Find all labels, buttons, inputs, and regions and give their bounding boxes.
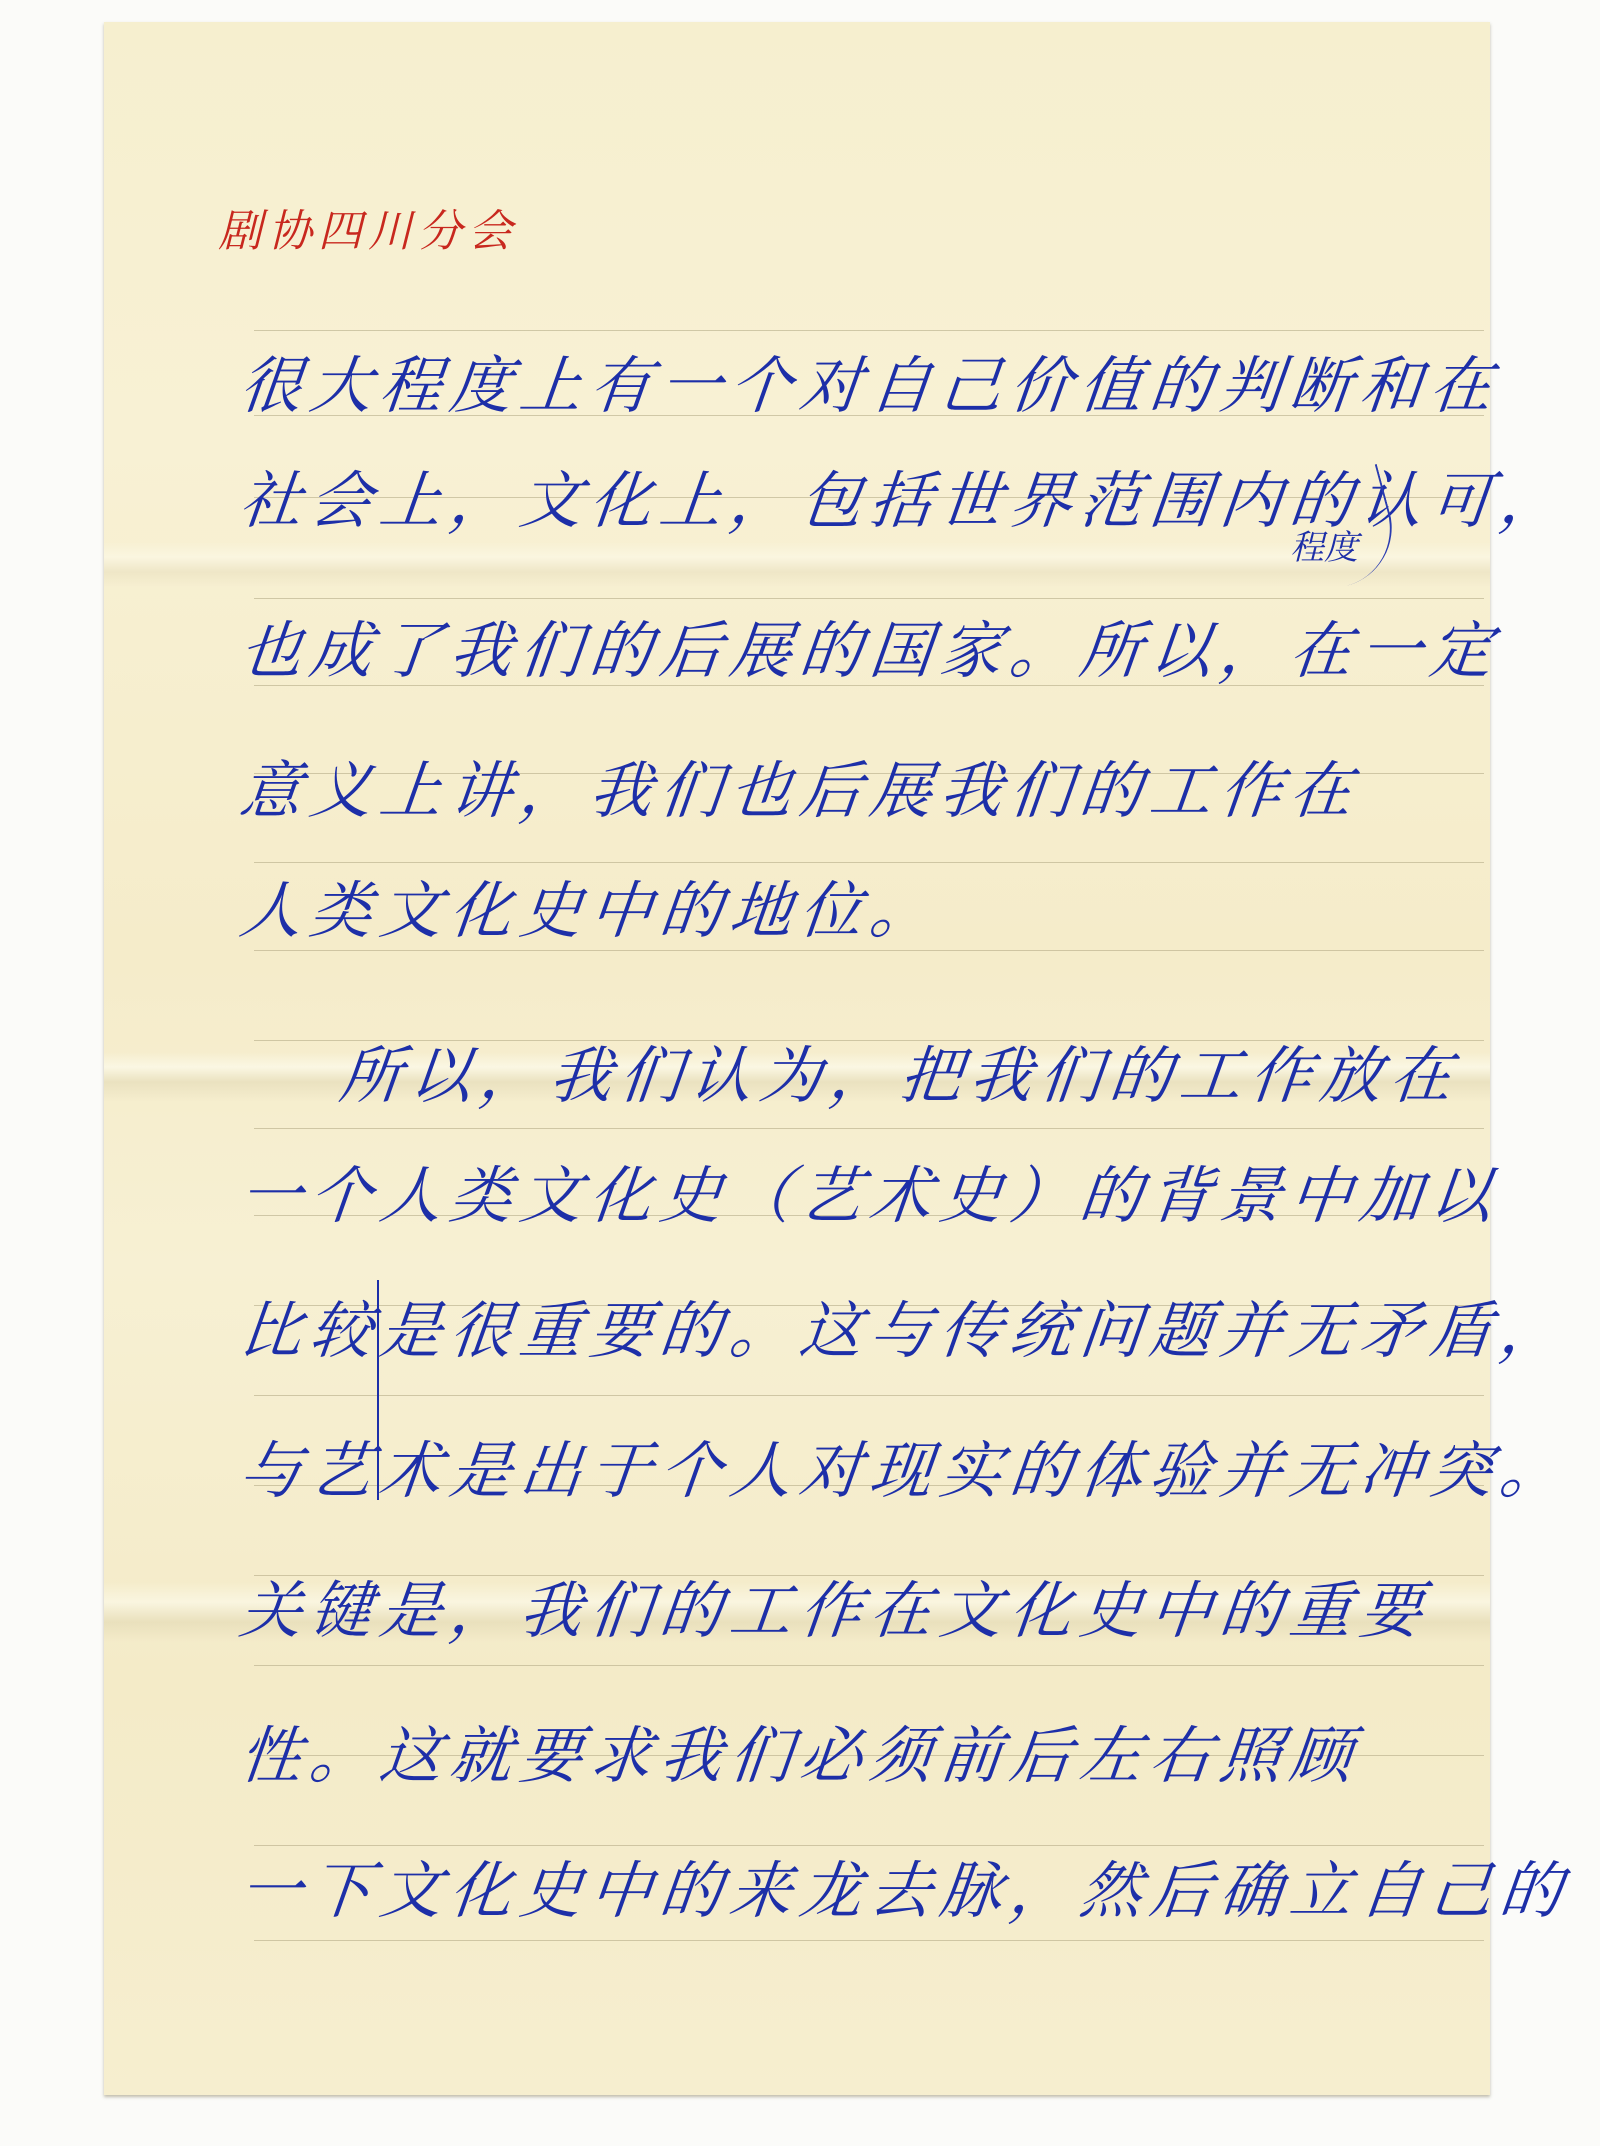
handwritten-line-12: 一下文化史中的来龙去脉，然后确立自己的 xyxy=(237,1860,1574,1922)
handwritten-line-9: 与艺术是出于个人对现实的体验并无冲突。 xyxy=(237,1440,1574,1502)
handwritten-line-10: 关键是，我们的工作在文化史中的重要 xyxy=(237,1580,1434,1642)
handwritten-line-3: 也成了我们的后展的国家。所以，在一定 xyxy=(237,620,1504,682)
ruled-line xyxy=(254,1665,1484,1666)
handwritten-line-7: 一个人类文化史（艺术史）的背景中加以 xyxy=(237,1165,1504,1227)
ruled-line xyxy=(254,1940,1484,1941)
handwritten-line-11: 性。这就要求我们必须前后左右照顾 xyxy=(237,1725,1364,1787)
ink-stroke xyxy=(377,1280,379,1500)
margin-annotation: 程度 xyxy=(1290,520,1358,569)
handwritten-line-4: 意义上讲，我们也后展我们的工作在 xyxy=(237,760,1364,822)
handwritten-line-8: 比较是很重要的。这与传统问题并无矛盾， xyxy=(237,1300,1574,1362)
ruled-line xyxy=(254,1845,1484,1846)
letterhead: 剧协四川分会 xyxy=(218,195,518,259)
handwritten-line-6: 所以，我们认为，把我们的工作放在 xyxy=(337,1045,1464,1107)
ruled-line xyxy=(254,1395,1484,1396)
ruled-line xyxy=(254,1128,1484,1129)
ruled-line xyxy=(254,862,1484,863)
ruled-line xyxy=(254,330,1484,331)
handwritten-line-1: 很大程度上有一个对自己价值的判断和在 xyxy=(237,355,1504,417)
ruled-line xyxy=(254,598,1484,599)
handwritten-line-5: 人类文化史中的地位。 xyxy=(237,880,944,942)
ruled-line xyxy=(254,950,1484,951)
